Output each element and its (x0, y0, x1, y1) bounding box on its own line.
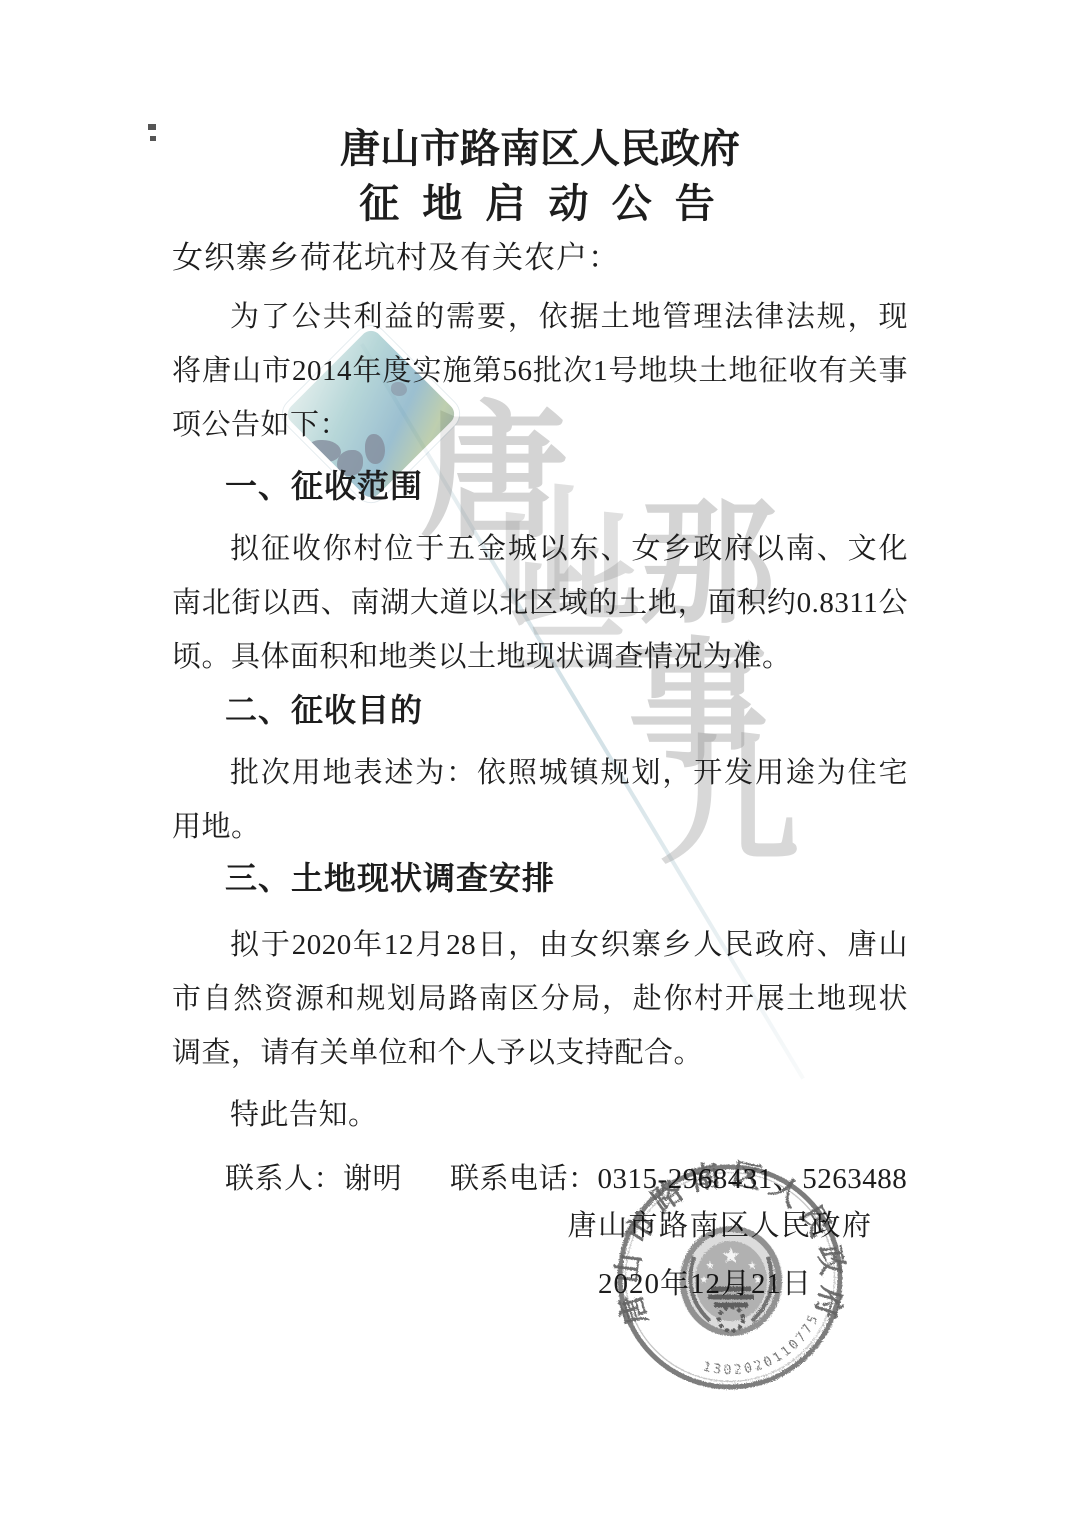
official-seal: 唐山市路南区人民政府 1302020110775 ★ ★ ★ ★ ★ (610, 1157, 850, 1397)
closing-line: 特此告知。 (172, 1088, 908, 1142)
emblem-gate-icon (708, 1289, 754, 1305)
section-1-heading: 一、征收范围 (172, 470, 908, 502)
emblem-star-icon: ★ (705, 1260, 715, 1272)
contact-name: 谢明 (343, 1163, 402, 1195)
section-1-body: 拟征收你村位于五金城以东、女乡政府以南、文化南北街以西、南湖大道以北区域的土地，… (172, 522, 908, 684)
emblem-star-icon: ★ (747, 1260, 757, 1272)
national-emblem-icon: ★ ★ ★ ★ ★ (679, 1226, 783, 1336)
document-title-issuer: 唐山市路南区人民政府 (172, 126, 908, 172)
emblem-star-icon: ★ (721, 1243, 741, 1268)
document-body: 唐山市路南区人民政府 征 地 启 动 公 告 女织寨乡荷花坑村及有关农户： 为了… (172, 126, 908, 1206)
scan-speck (148, 124, 156, 130)
contact-label: 联系人： (225, 1163, 343, 1195)
intro-paragraph: 为了公共利益的需要，依据土地管理法律法规，现将唐山市2014年度实施第56批次1… (172, 290, 908, 452)
salutation: 女织寨乡荷花坑村及有关农户： (172, 238, 908, 278)
emblem-star-icon: ★ (754, 1275, 763, 1286)
official-seal-graphic: 唐山市路南区人民政府 1302020110775 ★ ★ ★ ★ ★ (610, 1157, 850, 1397)
document-title-subject: 征 地 启 动 公 告 (172, 182, 908, 226)
section-2-heading: 二、征收目的 (172, 694, 908, 726)
emblem-star-icon: ★ (700, 1275, 709, 1286)
section-3-heading: 三、土地现状调查安排 (172, 862, 908, 894)
section-2-body: 批次用地表述为：依照城镇规划，开发用途为住宅用地。 (172, 746, 908, 854)
phone-label: 联系电话： (450, 1163, 598, 1195)
scan-speck (150, 136, 156, 141)
scanned-announcement-page: 唐 山 那 些 事 儿 唐山市路南区人民政府 征 地 启 动 公 告 女织寨乡荷… (0, 0, 1080, 1516)
section-3-body: 拟于2020年12月28日，由女织寨乡人民政府、唐山市自然资源和规划局路南区分局… (172, 918, 908, 1080)
